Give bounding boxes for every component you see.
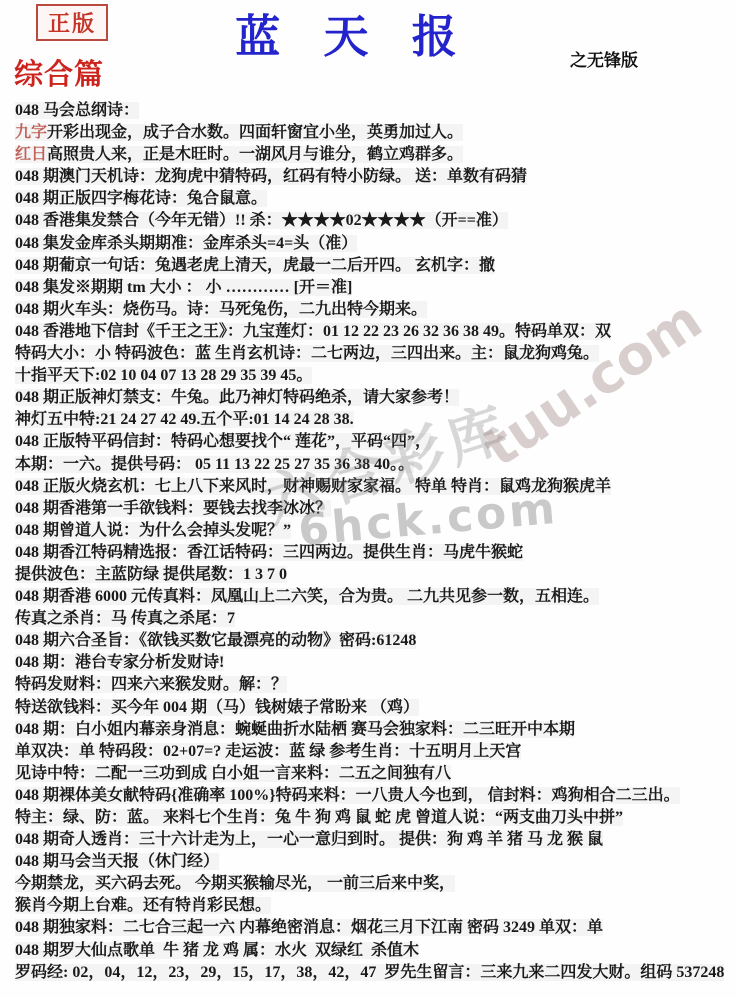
text-line: 传真之杀肖：马 传真之杀尾：7 <box>15 608 733 630</box>
line-text: 048 期：白小姐内幕亲身消息：蜿蜒曲折水陆栖 赛马会独家料：二三旺开中本期 <box>15 721 575 738</box>
line-text: 048 香港地下信封《千王之王》：九宝莲灯：01 12 22 23 26 32 … <box>15 323 611 340</box>
text-line: 048 期裸体美女献特码{准确率 100%}特码来料：一八贵人今也到， 信封料：… <box>15 785 733 807</box>
text-line: 特主：绿、防：蓝。 来料七个生肖：兔 牛 狗 鸡 鼠 蛇 虎 曾道人说：“两支曲… <box>15 807 733 829</box>
text-line: 罗码经: 02，04，12，23，29，15，17，38，42，47 罗先生留言… <box>15 962 733 984</box>
line-text: 特主：绿、防：蓝。 来料七个生肖：兔 牛 狗 鸡 鼠 蛇 虎 曾道人说：“两支曲… <box>15 809 623 826</box>
line-text: 神灯五中特:21 24 27 42 49.五个平:01 14 24 28 38. <box>15 411 354 428</box>
text-line: 048 期六合圣旨：《欲钱买数它最漂亮的动物》密码:61248 <box>15 630 733 652</box>
line-text: 048 期六合圣旨：《欲钱买数它最漂亮的动物》密码:61248 <box>15 632 416 649</box>
text-line: 猴肖今期上台难。还有特肖彩民想。 <box>15 895 733 917</box>
line-text: 048 期罗大仙点歌单 牛 猪 龙 鸡 属：水火 双绿红 杀值木 <box>15 942 419 959</box>
text-line: 048 香港集发禁合（今年无错）!! 杀：★★★★02★★★★（开==准） <box>15 210 733 232</box>
line-text: 特码发财料：四来六来猴发财。解：？ <box>15 676 287 693</box>
text-line: 048 期葡京一句话：兔遇老虎上清天，虎最一二后开四。 玄机字：撤 <box>15 255 733 277</box>
line-text: 见诗中特：二配一三功到成 白小姐一言来料：二五之间独有八 <box>15 765 451 782</box>
line-text: 048 期香港第一手欲钱料：要钱去找李冰冰？ <box>15 500 331 517</box>
text-line: 048 香港地下信封《千王之王》：九宝莲灯：01 12 22 23 26 32 … <box>15 321 733 343</box>
section-title: 综合篇 <box>14 52 104 93</box>
text-line: 048 期香港第一手欲钱料：要钱去找李冰冰？ <box>15 498 733 520</box>
line-text: 048 期香港 6000 元传真料：凤凰山上二六笑，合为贵。 二九共见参一数，五… <box>15 588 599 605</box>
text-line: 今期禁龙，买六码去死。 今期买猴输尽光， 一前三后来中奖， <box>15 873 733 895</box>
text-line: 九字开彩出现金，成子合水数。四面轩窗宜小坐，英勇加过人。 <box>15 122 733 144</box>
line-text: 048 正版火烧玄机：七上八下来风时，财神赐财家家福。 特单 特肖：鼠鸡龙狗猴虎… <box>15 478 611 495</box>
text-line: 048 期马会当天报（休门经） <box>15 851 733 873</box>
text-line: 048 正版火烧玄机：七上八下来风时，财神赐财家家福。 特单 特肖：鼠鸡龙狗猴虎… <box>15 476 733 498</box>
text-line: 048 马会总纲诗： <box>15 100 733 122</box>
line-text: 048 马会总纲诗： <box>15 102 139 119</box>
line-text: 高照贵人来，正是木旺时。一湖风月与谁分，鹤立鸡群多。 <box>47 146 463 163</box>
text-line: 048 正版特平码信封：特码心想要找个“ 莲花”，平码“四”， <box>15 431 733 453</box>
text-line: 048 期澳门天机诗：龙狗虎中猜特码，红码有特小防绿。 送：单数有码猜 <box>15 166 733 188</box>
line-text: 048 期葡京一句话：兔遇老虎上清天，虎最一二后开四。 玄机字：撤 <box>15 257 495 274</box>
line-text: 048 集发※期期 tm 大小 ： 小 ………… [开＝准] <box>15 279 352 296</box>
text-line: 048 期正版神灯禁支：牛兔。此乃神灯特码绝杀，请大家参考！ <box>15 387 733 409</box>
line-text: 特送欲钱料：买今年 004 期（马）钱树婊子常盼来 （鸡） <box>15 699 419 716</box>
line-text: 传真之杀肖：马 传真之杀尾：7 <box>15 610 235 627</box>
text-line: 048 期香江特码精选报：香江话特码：三四两边。提供生肖：马虎牛猴蛇 <box>15 542 733 564</box>
text-line: 提供波色：主蓝防绿 提供尾数：1 3 7 0 <box>15 564 733 586</box>
line-text: 048 期裸体美女献特码{准确率 100%}特码来料：一八贵人今也到， 信封料：… <box>15 787 680 804</box>
text-line: 048 期火车头：烧伤马。诗：马死兔伤，二九出特今期来。 <box>15 299 733 321</box>
line-text: 048 集发金库杀头期期准：金库杀头=4=头（准） <box>15 235 357 252</box>
text-line: 048 期正版四字梅花诗：兔合鼠意。 <box>15 188 733 210</box>
newspaper-page: 正版 蓝 天 报 之无锋版 综合篇 六合彩库 6hck.com tuu.com … <box>0 0 736 997</box>
line-text: 048 期独家料：二七合三起一六 内幕绝密消息：烟花三月下江南 密码 3249 … <box>15 919 603 936</box>
text-line: 特码发财料：四来六来猴发财。解：？ <box>15 674 733 696</box>
line-text: 048 期香江特码精选报：香江话特码：三四两边。提供生肖：马虎牛猴蛇 <box>15 544 523 561</box>
text-line: 单双决：单 特码段：02+07=? 走运波：蓝 绿 参考生肖：十五明月上天宫 <box>15 741 733 763</box>
text-line: 048 集发金库杀头期期准：金库杀头=4=头（准） <box>15 233 733 255</box>
text-line: 特送欲钱料：买今年 004 期（马）钱树婊子常盼来 （鸡） <box>15 697 733 719</box>
line-text: 048 正版特平码信封：特码心想要找个“ 莲花”，平码“四”， <box>15 433 431 450</box>
text-line: 048 期独家料：二七合三起一六 内幕绝密消息：烟花三月下江南 密码 3249 … <box>15 917 733 939</box>
text-line: 048 期曾道人说：为什么会掉头发呢？” <box>15 520 733 542</box>
line-text: 048 期澳门天机诗：龙狗虎中猜特码，红码有特小防绿。 送：单数有码猜 <box>15 168 527 185</box>
red-prefix: 红日 <box>15 146 47 163</box>
text-line: 特码大小：小 特码波色：蓝 生肖玄机诗：二七两边，三四出来。主：鼠龙狗鸡兔。 <box>15 343 733 365</box>
line-text: 048 期火车头：烧伤马。诗：马死兔伤，二九出特今期来。 <box>15 301 427 318</box>
line-text: 今期禁龙，买六码去死。 今期买猴输尽光， 一前三后来中奖， <box>15 875 455 892</box>
text-line: 见诗中特：二配一三功到成 白小姐一言来料：二五之间独有八 <box>15 763 733 785</box>
line-text: 罗码经: 02，04，12，23，29，15，17，38，42，47 罗先生留言… <box>15 964 724 981</box>
text-line: 048 期香港 6000 元传真料：凤凰山上二六笑，合为贵。 二九共见参一数，五… <box>15 586 733 608</box>
line-text: 本期：一六。提供号码： 05 11 13 22 25 27 35 36 38 4… <box>15 456 414 473</box>
text-line: 048 期罗大仙点歌单 牛 猪 龙 鸡 属：水火 双绿红 杀值木 <box>15 940 733 962</box>
line-text: 提供波色：主蓝防绿 提供尾数：1 3 7 0 <box>15 566 287 583</box>
line-text: 048 香港集发禁合（今年无错）!! 杀：★★★★02★★★★（开==准） <box>15 212 508 229</box>
text-line: 本期：一六。提供号码： 05 11 13 22 25 27 35 36 38 4… <box>15 454 733 476</box>
line-text: 048 期奇人透肖：三十六计走为上，一心一意归到时。 提供：狗 鸡 羊 猪 马 … <box>15 831 603 848</box>
line-text: 猴肖今期上台难。还有特肖彩民想。 <box>15 897 271 914</box>
line-text: 特码大小：小 特码波色：蓝 生肖玄机诗：二七两边，三四出来。主：鼠龙狗鸡兔。 <box>15 345 599 362</box>
line-text: 单双决：单 特码段：02+07=? 走运波：蓝 绿 参考生肖：十五明月上天宫 <box>15 743 521 760</box>
line-text: 048 期曾道人说：为什么会掉头发呢？” <box>15 522 291 539</box>
text-line: 神灯五中特:21 24 27 42 49.五个平:01 14 24 28 38. <box>15 409 733 431</box>
edition-label: 之无锋版 <box>570 46 638 71</box>
body-lines: 048 马会总纲诗：九字开彩出现金，成子合水数。四面轩窗宜小坐，英勇加过人。红日… <box>15 100 733 984</box>
line-text: 十指平天下:02 10 04 07 13 28 29 35 39 45。 <box>15 367 312 384</box>
text-line: 048 期：白小姐内幕亲身消息：蜿蜒曲折水陆栖 赛马会独家料：二三旺开中本期 <box>15 719 733 741</box>
line-text: 开彩出现金，成子合水数。四面轩窗宜小坐，英勇加过人。 <box>47 124 463 141</box>
text-line: 048 集发※期期 tm 大小 ： 小 ………… [开＝准] <box>15 277 733 299</box>
text-line: 048 期奇人透肖：三十六计走为上，一心一意归到时。 提供：狗 鸡 羊 猪 马 … <box>15 829 733 851</box>
line-text: 048 期正版神灯禁支：牛兔。此乃神灯特码绝杀，请大家参考！ <box>15 389 459 406</box>
text-line: 十指平天下:02 10 04 07 13 28 29 35 39 45。 <box>15 365 733 387</box>
red-prefix: 九字 <box>15 124 47 141</box>
line-text: 048 期马会当天报（休门经） <box>15 853 219 870</box>
text-line: 048 期：港台专家分析发财诗! <box>15 652 733 674</box>
text-line: 红日高照贵人来，正是木旺时。一湖风月与谁分，鹤立鸡群多。 <box>15 144 733 166</box>
line-text: 048 期正版四字梅花诗：兔合鼠意。 <box>15 190 267 207</box>
line-text: 048 期：港台专家分析发财诗! <box>15 654 224 671</box>
